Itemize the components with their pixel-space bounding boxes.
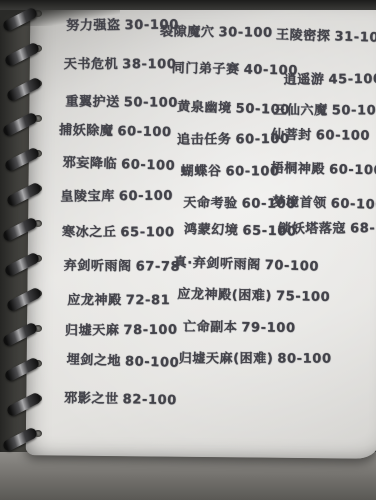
entry-name: 仙菩封 [271,128,312,143]
note-line: 梧桐神殿60-100 [270,157,376,178]
entry-name: 天书危机 [64,57,118,72]
entry-level-range: 50-100 [124,95,178,111]
entry-level-range: 60-100 [119,189,173,204]
entry-level-range: 75-100 [276,289,331,305]
entry-name: 梦境首领 [272,195,327,212]
entry-name: 蝴蝶谷 [181,164,222,179]
note-line: 寒冰之丘65-100 [62,221,175,240]
note-line: 裂隙魔穴30-100 [160,21,273,41]
note-line: 皇陵宝库60-100 [60,185,173,205]
photo-of-notebook: { "colors": { "ink": "#43434a", "paper":… [0,0,376,500]
entry-name: 同门弟子赛 [172,61,240,77]
entry-name: 重翼护送 [65,95,120,111]
entry-name: 寒冰之丘 [62,225,116,240]
entry-level-range: 50-100 [332,103,376,118]
note-line: 捕妖除魔60-100 [59,119,172,140]
note-line: 天书危机38-100 [64,53,177,72]
entry-name: 锁妖塔落寇 [278,221,346,237]
handwriting-layer: 努力强盗30-100裂隙魔穴30-100王陵密探31-100天书危机38-100… [26,5,376,459]
note-line: 邪妄降临60-100 [62,151,175,173]
entry-level-range: 78-100 [123,323,177,338]
entry-level-range: 72-81 [126,293,171,308]
note-line: 应龙神殿72-81 [67,289,170,308]
note-line: 梦境首领60-100 [272,191,376,213]
entry-name: 黄泉幽境 [177,100,232,117]
note-line: 邪影之世82-100 [64,387,177,408]
note-line: 重翼护送50-100 [65,91,178,111]
entry-name: 邪影之世 [64,391,119,407]
entry-level-range: 31-100 [334,29,376,46]
entry-name: 应龙神殿(困难) [177,287,272,304]
entry-name: 捕妖除魔 [59,123,114,139]
note-line: 弃剑听雨阁67-78 [64,255,181,275]
entry-name: 应龙神殿 [67,293,121,308]
entry-name: 弃剑听雨阁 [64,259,132,275]
entry-name: 逍遥游 [284,72,325,87]
entry-level-range: 60-100 [329,162,376,178]
entry-name: 归墟天麻 [65,323,120,338]
note-line: 埋剑之地80-100 [66,348,179,370]
note-line: 归墟天麻(困难)80-100 [179,347,332,366]
note-line: 归墟天麻78-100 [65,319,178,339]
entry-name: 裂隙魔穴 [160,25,215,41]
entry-name: 天命考验 [183,196,238,212]
entry-level-range: 30-100 [218,25,272,41]
note-line: 逍遥游45-100 [284,68,376,88]
note-line: 真·弃剑听雨阁70-100 [173,251,319,274]
entry-name: 归墟天麻(困难) [179,351,274,366]
entry-level-range: 38-100 [122,57,176,72]
entry-level-range: 65-100 [120,225,174,240]
entry-level-range: 80-100 [277,352,331,367]
entry-name: 梧桐神殿 [270,161,325,177]
note-line: 三仙六魔50-100 [273,99,376,118]
entry-name: 邪妄降临 [62,155,117,172]
entry-name: 王陵密探 [276,28,331,45]
note-line: 蝴蝶谷60-100 [181,160,280,179]
entry-name: 真·弃剑听雨阁 [173,255,261,273]
note-line: 王陵密探31-100 [276,24,376,46]
note-line: 仙菩封60-100 [271,124,370,144]
entry-level-range: 45-100 [328,72,376,87]
photo-table-surface [0,452,376,500]
entry-level-range: 80-100 [125,354,180,371]
entry-level-range: 60-100 [316,128,370,144]
entry-level-range: 79-100 [241,320,295,336]
entry-level-range: 70-100 [265,258,320,275]
entry-level-range: 60-100 [117,124,172,140]
note-line: 锁妖塔落寇68-100 [278,217,376,237]
note-line: 应龙神殿(困难)75-100 [177,283,330,305]
entry-level-range: 60-100 [330,196,376,213]
entry-name: 三仙六魔 [273,103,327,118]
note-line: 同门弟子赛40-100 [172,57,299,79]
entry-level-range: 82-100 [122,392,177,408]
entry-name: 皇陵宝库 [60,189,115,204]
entry-name: 努力强盗 [66,18,121,33]
entry-name: 鸿蒙幻境 [184,222,239,238]
entry-level-range: 68-100 [350,221,376,236]
entry-name: 亡命副本 [183,320,238,336]
note-line: 亡命副本79-100 [183,316,296,336]
entry-name: 追击任务 [177,132,232,147]
entry-level-range: 60-100 [121,157,176,174]
entry-name: 埋剑之地 [66,352,121,369]
